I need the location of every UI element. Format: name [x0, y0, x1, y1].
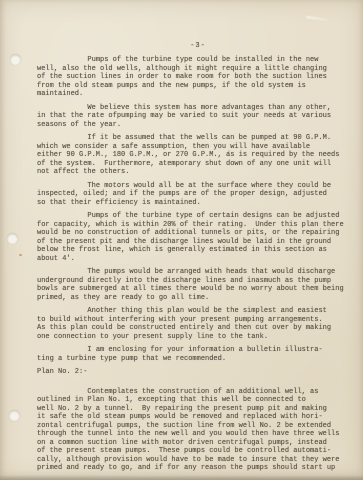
- punch-hole-bottom: [9, 410, 20, 421]
- punch-hole-top: [10, 54, 21, 65]
- document-page: -3- Pumps of the turbine type could be i…: [0, 0, 363, 480]
- paragraph-simplest-plan: Another thing this plan would be the sim…: [37, 307, 361, 341]
- paragraph-system-advantages: We believe this system has more advantag…: [37, 104, 361, 130]
- paragraph-motors-surface: The motors would all be at the surface w…: [37, 182, 361, 208]
- paragraph-capacity-adjustment: Pumps of the turbine type of certain des…: [37, 212, 361, 263]
- page-number: -3-: [37, 42, 359, 50]
- paper-crease: [306, 15, 328, 21]
- punch-hole-middle: [7, 233, 18, 244]
- plan-no-2-heading: Plan No. 2:-: [37, 368, 361, 377]
- paragraph-turbine-pumps: Pumps of the turbine type could be insta…: [37, 56, 361, 99]
- scan-bottom-edge: [0, 475, 363, 480]
- paper-speck: [19, 254, 22, 256]
- paragraph-plan-2-details: Contemplates the construction of an addi…: [37, 388, 361, 473]
- paragraph-bulletin-enclosure: I am enclosing for your information a bu…: [37, 346, 361, 363]
- paragraph-gpm-assumption: If it be assumed that the wells can be p…: [37, 134, 361, 177]
- paragraph-pump-heads: The pumps would be arranged with heads t…: [37, 268, 361, 302]
- letter-body: Pumps of the turbine type could be insta…: [37, 56, 361, 478]
